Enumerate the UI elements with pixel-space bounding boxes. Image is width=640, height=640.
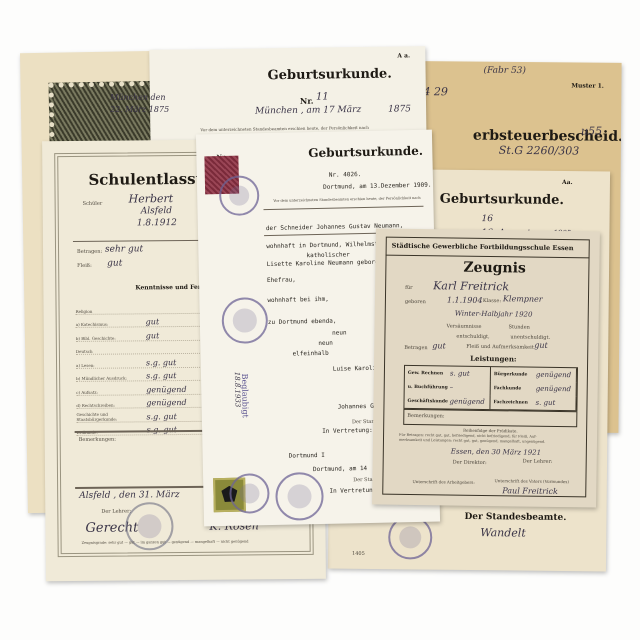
scale-title: Reihenfolge der Prädikate. [463, 428, 518, 434]
place-date: Dortmund, am 13.Dezember 1909. [323, 182, 431, 191]
grade-subject: b) Bibl. Geschichte: [76, 335, 146, 341]
behavior-value: sehr gut [105, 244, 143, 254]
closing-title: Der Standesbeamte. [464, 512, 566, 523]
absences-label: Versäumnisse [447, 323, 482, 329]
grade-cell: Fachzeichnens. gut [490, 395, 576, 410]
remarks-label: Bemerkungen: [407, 413, 444, 420]
copy-place-date: Dortmund, am 14 [313, 465, 367, 473]
place-date: München , am 17 März [255, 105, 361, 116]
wife-label: Ehefrau, [267, 276, 296, 284]
grade-value: s.g. gut [146, 358, 176, 367]
lead-text: Vor dem unterzeichneten Standesbeamten e… [273, 196, 420, 203]
grade-subject: c) Aufsatz: [76, 389, 146, 395]
grade-value: genügend [536, 371, 571, 379]
copy-office: Dortmund I [289, 452, 325, 460]
grade-value: s.g. gut [146, 371, 176, 380]
grades-list: Religiona) Katechismus:gutb) Bibl. Gesch… [75, 300, 206, 436]
corner-mark: Aa. [562, 179, 573, 186]
grade-value: genügend [146, 398, 186, 407]
grade-cell: u. Buchführung– [405, 380, 491, 395]
excused-label: entschuldigt, [456, 334, 489, 340]
year: 1875 [388, 104, 411, 114]
grade-subject: Fachkunde [494, 386, 536, 392]
diligence-label: Fleiß und Aufmerksamkeit [466, 344, 534, 351]
born-value: 1.1.1904 [447, 295, 483, 304]
grade-value: genügend [536, 385, 571, 393]
behavior-label: Betragen: [77, 249, 102, 255]
number-value: 11 [316, 91, 329, 102]
number-value: 16 [482, 214, 494, 224]
behavior-label: Betragen [404, 345, 427, 351]
birthdate: 1.8.1912 [137, 218, 177, 228]
remarks-label: Bemerkungen: [79, 437, 116, 443]
document-title: Geburtsurkunde. [440, 192, 564, 208]
employer-label: Unterschrift des Arbeitgebers: [412, 479, 474, 485]
office-stamp-middle [221, 297, 268, 344]
behavior-value: gut [432, 341, 446, 350]
grade-subject: d) Rechtschreiben: [76, 402, 146, 408]
grade-subject: Geschichte und Staatsbürgerkunde: [76, 411, 146, 422]
document-title: Zeugnis [463, 260, 526, 277]
grade-row: Religion [75, 300, 205, 315]
pupil-name: Herbert [129, 192, 174, 205]
pupil-label: Schüler [83, 201, 103, 207]
grade-subject: a) Lesen: [76, 362, 146, 368]
student-name: Karl Freitrick [433, 279, 509, 293]
grade-row: c) Aufsatz:genügend [76, 381, 206, 396]
number-label: Nr. [300, 96, 314, 106]
grade-row: Geschichte und Staatsbürgerkunde:s.g. gu… [76, 408, 206, 423]
with-him: wohnhaft bei ihm, [267, 296, 329, 304]
grade-row: a) Katechismus:gut [76, 313, 206, 328]
class-value: Klempner [503, 294, 543, 304]
diligence-value: gut [534, 341, 548, 350]
director-label: Der Direktor: [453, 460, 487, 466]
official-signature: Wandelt [480, 526, 526, 539]
trade-school-report: Städtische Gewerbliche Fortbildungsschul… [372, 228, 600, 507]
mother: Lisette Karoline Neumann geborene [267, 259, 386, 268]
grade-row: Erdkunde:s.g. gut [77, 421, 207, 436]
class-label: Klasse: [483, 298, 501, 304]
place-date: Alsfeld , den 31. März [79, 490, 180, 501]
grade-row: b) Bibl. Geschichte:gut [76, 327, 206, 342]
diligence-value: gut [107, 259, 122, 269]
born-label: geboren [405, 299, 426, 305]
grade-value: gut [146, 331, 160, 340]
grade-cell: Fachkundegenügend [491, 381, 577, 396]
time-1: neun [332, 329, 347, 336]
grade-subject: b) Mündlicher Ausdruck: [76, 375, 146, 381]
guardian-signature: Paul Freitrick [502, 486, 558, 496]
registry-stamp-right [275, 472, 324, 521]
grade-cell: Bürgerkundegenügend [491, 367, 577, 382]
grade-subject: Geschäftskunde [407, 398, 449, 404]
grade-row: Deutsch [76, 340, 206, 355]
grade-subject: Deutsch [76, 348, 146, 354]
teacher-label: Der Lehrer: [523, 459, 553, 465]
corner-mark: A a. [397, 52, 410, 59]
tax-header-note: (Fabr 53) [483, 66, 525, 76]
grade-value: s. gut [450, 369, 470, 377]
time-2: neun [318, 340, 333, 347]
performance-title: Leistungen: [470, 354, 517, 364]
birthplace: Alsfeld [141, 206, 172, 216]
grade-value: gut [146, 317, 160, 326]
guardian-label: Unterschrift des Vaters (Vormundes) [494, 478, 569, 484]
marginal-note: München den 22. März 1875 [110, 92, 170, 116]
grade-value: genügend [449, 397, 484, 405]
term: Winter-Halbjahr 1920 [455, 310, 533, 319]
religion: katholischer [306, 251, 349, 259]
tax-form-label: Muster 1. [571, 82, 604, 89]
birthplace: zu Dortmund ebenda, [268, 318, 337, 326]
grade-value: – [450, 383, 454, 391]
grade-value: genügend [146, 384, 186, 393]
registry-stamp-left [229, 473, 270, 514]
tax-handwritten-top: 4 29 [423, 85, 448, 98]
grade-row: b) Mündlicher Ausdruck:s.g. gut [76, 367, 206, 382]
hours-label: Stunden [509, 324, 530, 330]
footer-code: 1405 [352, 551, 365, 557]
grade-value: s.g. gut [146, 412, 176, 421]
teacher-label: Der Lehrer: [101, 508, 131, 514]
certification-date: 18.8.1933 [233, 372, 242, 408]
grades-table: Gew. Rechnens. gutu. Buchführung–Geschäf… [403, 365, 578, 411]
hour: elfeinhalb [292, 350, 328, 358]
tax-handwritten-right: u55 [581, 125, 602, 138]
grade-row: a) Lesen:s.g. gut [76, 354, 206, 369]
grade-subject: Gew. Rechnen [408, 370, 450, 376]
document-title: Geburtsurkunde. [268, 67, 392, 84]
grade-subject: Religion [76, 308, 146, 314]
grade-cell: Geschäftskundegenügend [404, 394, 490, 409]
office-stamp-top [219, 175, 260, 216]
document-title: Geburtsurkunde. [308, 144, 423, 160]
tax-number: St.G 2260/303 [499, 144, 580, 158]
certification-stamp: Beglaubigt [240, 373, 250, 417]
grade-cell: Gew. Rechnens. gut [405, 366, 491, 381]
grade-value: s. gut [535, 399, 555, 407]
for-label: für [405, 285, 413, 291]
cert-number: Nr. 4026. [329, 171, 362, 179]
grade-subject: a) Katechismus: [76, 321, 146, 327]
place-date: Essen, den 30 März 1921 [451, 448, 541, 457]
grade-row: d) Rechtschreiben:genügend [76, 394, 206, 409]
grade-subject: Fachzeichnen [493, 400, 535, 406]
grade-subject: Bürgerkunde [494, 372, 536, 378]
grade-subject: u. Buchführung [408, 384, 450, 390]
diligence-label: Fleiß: [77, 263, 92, 269]
